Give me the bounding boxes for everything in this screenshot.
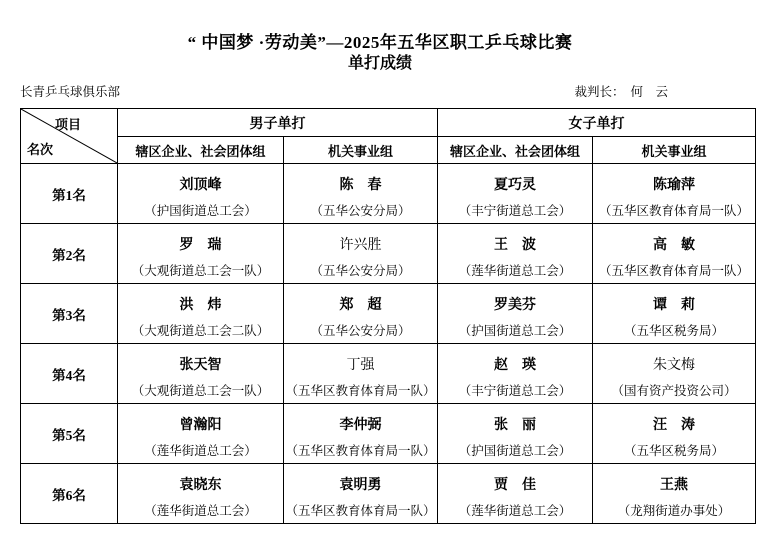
result-cell-women-agency: 王燕（龙翔街道办事处）	[593, 464, 756, 524]
player-name: 王 波	[438, 239, 592, 253]
referee-label: 裁判长：	[574, 85, 624, 99]
player-org: （五华区教育体育局一队）	[284, 385, 437, 398]
result-cell-men-agency: 丁强（五华区教育体育局一队）	[284, 344, 438, 404]
rank-label: 第2名	[21, 244, 117, 264]
result-cell-men-district: 袁晓东（莲华街道总工会）	[118, 464, 284, 524]
rank-cell: 第2名	[21, 224, 118, 284]
player-org: （五华区教育体育局一队）	[284, 505, 437, 518]
rank-cell: 第4名	[21, 344, 118, 404]
player-name: 袁明勇	[284, 479, 437, 493]
result-cell-men-agency: 郑 超（五华公安分局）	[284, 284, 438, 344]
player-name: 赵 瑛	[438, 359, 592, 373]
player-org: （五华公安分局）	[284, 205, 437, 218]
subheader-men-agency: 机关事业组	[284, 137, 438, 164]
player-org: （国有资产投资公司）	[593, 385, 755, 398]
table-row: 第4名 张天智（大观街道总工会一队） 丁强（五华区教育体育局一队） 赵 瑛（丰宁…	[21, 344, 756, 404]
player-org: （五华公安分局）	[284, 265, 437, 278]
subheader-women-district: 辖区企业、社会团体组	[438, 137, 593, 164]
table-row: 第2名 罗 瑞（大观街道总工会一队） 许兴胜（五华公安分局） 王 波（莲华街道总…	[21, 224, 756, 284]
player-org: （丰宁街道总工会）	[438, 205, 592, 218]
player-org: （莲华街道总工会）	[118, 505, 283, 518]
player-name: 汪 涛	[593, 419, 755, 433]
player-name: 许兴胜	[284, 239, 437, 253]
result-cell-men-district: 曾瀚阳（莲华街道总工会）	[118, 404, 284, 464]
table-row: 第6名 袁晓东（莲华街道总工会） 袁明勇（五华区教育体育局一队） 贾 佳（莲华街…	[21, 464, 756, 524]
player-org: （护国街道总工会）	[438, 325, 592, 338]
rank-label: 第5名	[21, 424, 117, 444]
result-cell-women-district: 罗美芬（护国街道总工会）	[438, 284, 593, 344]
subheader-women-agency: 机关事业组	[593, 137, 756, 164]
player-org: （丰宁街道总工会）	[438, 385, 592, 398]
player-name: 刘顶峰	[118, 179, 283, 193]
result-cell-women-agency: 陈瑜萍（五华区教育体育局一队）	[593, 164, 756, 224]
player-name: 高 敏	[593, 239, 755, 253]
table-row: 第3名 洪 炜（大观街道总工会二队） 郑 超（五华公安分局） 罗美芬（护国街道总…	[21, 284, 756, 344]
subheader-men-district: 辖区企业、社会团体组	[118, 137, 284, 164]
player-name: 李仲弼	[284, 419, 437, 433]
player-org: （五华区教育体育局一队）	[593, 205, 755, 218]
result-cell-women-district: 张 丽（护国街道总工会）	[438, 404, 593, 464]
result-cell-men-district: 张天智（大观街道总工会一队）	[118, 344, 284, 404]
player-name: 朱文梅	[593, 359, 755, 373]
result-cell-men-agency: 李仲弼（五华区教育体育局一队）	[284, 404, 438, 464]
player-org: （五华区税务局）	[593, 325, 755, 338]
player-name: 罗 瑞	[118, 239, 283, 253]
player-org: （龙翔街道办事处）	[593, 505, 755, 518]
corner-top-label: 项目	[55, 114, 81, 133]
player-name: 贾 佳	[438, 479, 592, 493]
table-row: 第5名 曾瀚阳（莲华街道总工会） 李仲弼（五华区教育体育局一队） 张 丽（护国街…	[21, 404, 756, 464]
club-name: 长青乒乓球俱乐部	[20, 82, 120, 100]
player-org: （大观街道总工会二队）	[118, 325, 283, 338]
corner-cell: 项目 名次	[21, 109, 118, 164]
result-cell-women-district: 夏巧灵（丰宁街道总工会）	[438, 164, 593, 224]
rank-cell: 第3名	[21, 284, 118, 344]
referee-name: 何 云	[630, 85, 668, 99]
womens-singles-header: 女子单打	[438, 109, 756, 137]
document-subtitle: 单打成绩	[0, 50, 760, 73]
rank-cell: 第6名	[21, 464, 118, 524]
player-name: 丁强	[284, 359, 437, 373]
player-org: （护国街道总工会）	[438, 445, 592, 458]
result-cell-women-agency: 汪 涛（五华区税务局）	[593, 404, 756, 464]
corner-bottom-label: 名次	[27, 139, 53, 158]
result-cell-women-district: 贾 佳（莲华街道总工会）	[438, 464, 593, 524]
player-name: 王燕	[593, 479, 755, 493]
rank-label: 第6名	[21, 484, 117, 504]
table-row: 第1名 刘顶峰（护国街道总工会） 陈 春（五华公安分局） 夏巧灵（丰宁街道总工会…	[21, 164, 756, 224]
player-name: 陈瑜萍	[593, 179, 755, 193]
player-org: （五华区教育体育局一队）	[284, 445, 437, 458]
result-cell-women-agency: 高 敏（五华区教育体育局一队）	[593, 224, 756, 284]
result-cell-women-agency: 谭 莉（五华区税务局）	[593, 284, 756, 344]
player-name: 张 丽	[438, 419, 592, 433]
rank-cell: 第5名	[21, 404, 118, 464]
referee-block: 裁判长：何 云	[574, 82, 668, 100]
player-org: （莲华街道总工会）	[438, 505, 592, 518]
player-org: （五华区教育体育局一队）	[593, 265, 755, 278]
player-name: 郑 超	[284, 299, 437, 313]
player-org: （莲华街道总工会）	[118, 445, 283, 458]
meta-row: 长青乒乓球俱乐部 裁判长：何 云	[20, 82, 740, 100]
result-cell-women-agency: 朱文梅（国有资产投资公司）	[593, 344, 756, 404]
player-name: 曾瀚阳	[118, 419, 283, 433]
player-org: （莲华街道总工会）	[438, 265, 592, 278]
result-cell-women-district: 赵 瑛（丰宁街道总工会）	[438, 344, 593, 404]
player-org: （护国街道总工会）	[118, 205, 283, 218]
player-name: 张天智	[118, 359, 283, 373]
player-name: 谭 莉	[593, 299, 755, 313]
result-cell-women-district: 王 波（莲华街道总工会）	[438, 224, 593, 284]
player-name: 洪 炜	[118, 299, 283, 313]
results-table: 项目 名次 男子单打 女子单打 辖区企业、社会团体组 机关事业组 辖区企业、社会…	[20, 108, 756, 524]
player-org: （大观街道总工会一队）	[118, 265, 283, 278]
player-name: 袁晓东	[118, 479, 283, 493]
rank-label: 第3名	[21, 304, 117, 324]
result-cell-men-district: 洪 炜（大观街道总工会二队）	[118, 284, 284, 344]
player-name: 陈 春	[284, 179, 437, 193]
result-cell-men-district: 罗 瑞（大观街道总工会一队）	[118, 224, 284, 284]
player-name: 夏巧灵	[438, 179, 592, 193]
player-name: 罗美芬	[438, 299, 592, 313]
result-cell-men-agency: 陈 春（五华公安分局）	[284, 164, 438, 224]
player-org: （大观街道总工会一队）	[118, 385, 283, 398]
mens-singles-header: 男子单打	[118, 109, 438, 137]
result-cell-men-agency: 许兴胜（五华公安分局）	[284, 224, 438, 284]
rank-label: 第4名	[21, 364, 117, 384]
result-cell-men-district: 刘顶峰（护国街道总工会）	[118, 164, 284, 224]
rank-label: 第1名	[21, 184, 117, 204]
result-cell-men-agency: 袁明勇（五华区教育体育局一队）	[284, 464, 438, 524]
player-org: （五华区税务局）	[593, 445, 755, 458]
rank-cell: 第1名	[21, 164, 118, 224]
player-org: （五华公安分局）	[284, 325, 437, 338]
